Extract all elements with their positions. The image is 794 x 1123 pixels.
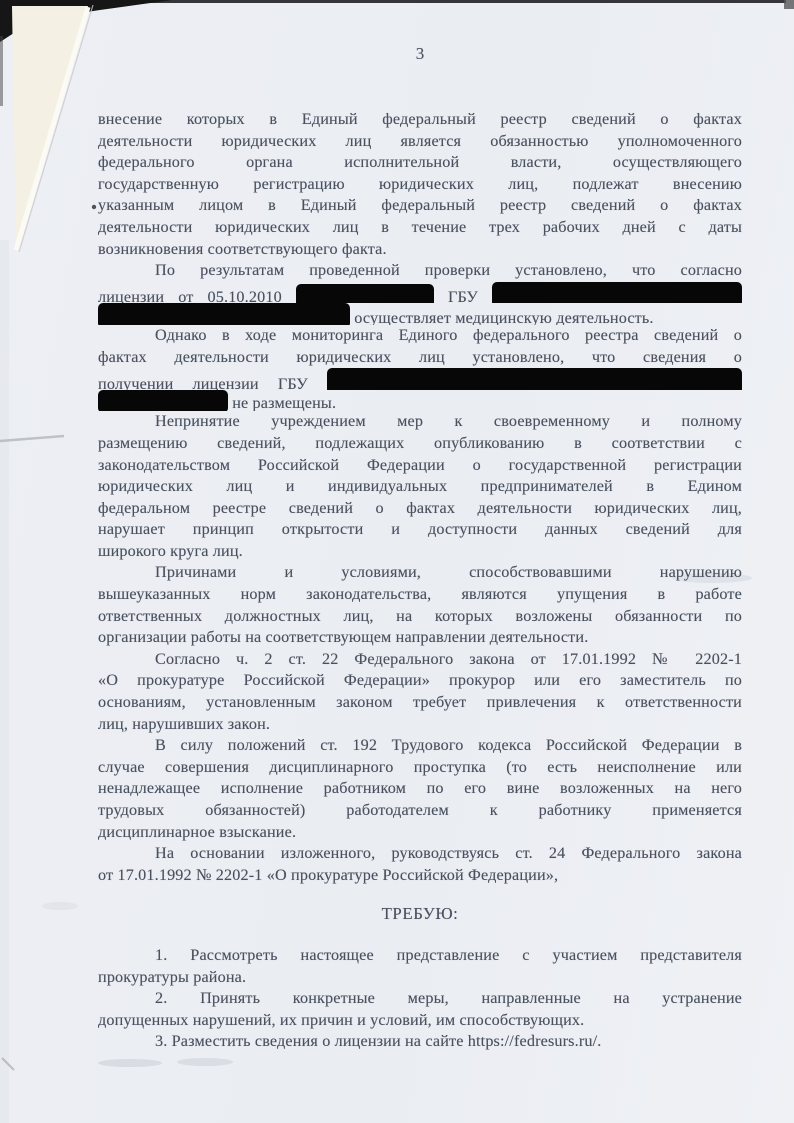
text-segment: 3. Разместить сведения о лицензии на сай… [155, 1032, 601, 1050]
text-line: возникновения соответствующего факта. [98, 239, 742, 261]
corner-mark [2, 1058, 14, 1070]
redaction-bar [492, 282, 742, 304]
text-segment: Согласно ч. 2 ст. 22 Федерального закона… [155, 650, 742, 668]
text-segment: В силу положений ст. 192 Трудового кодек… [155, 736, 742, 754]
text-segment: не размещены. [232, 394, 336, 412]
section-heading: ТРЕБУЮ: [98, 903, 742, 925]
text-line: лиц, нарушивших закон. [98, 714, 742, 736]
text-segment: юридических лиц и индивидуальных предпри… [98, 477, 742, 495]
text-line: Причинами и условиями, способствовавшими… [98, 562, 742, 584]
text-line: ответственных должностных лиц, на которы… [98, 606, 742, 628]
text-segment: допущенных нарушений, их причин и услови… [98, 1011, 584, 1029]
text-segment: внесение которых в Единый федеральный ре… [98, 110, 742, 128]
text-line: Согласно ч. 2 ст. 22 Федерального закона… [98, 649, 742, 671]
text-segment: широкого круга лиц. [98, 542, 243, 560]
text-segment: ГБУ [448, 288, 478, 304]
text-segment: На основании изложенного, руководствуясь… [155, 844, 742, 862]
text-line: 3. Разместить сведения о лицензии на сай… [98, 1031, 742, 1053]
top-edge-line [0, 0, 786, 3]
text-line: допущенных нарушений, их причин и услови… [98, 1010, 742, 1032]
ink-dot [92, 205, 96, 209]
text-line: организации работы на соответствующем на… [98, 627, 742, 649]
text-segment: федеральном реестре сведений о фактах де… [98, 499, 742, 517]
text-line: ненадлежащее исполнение работником по ег… [98, 778, 742, 800]
scanned-document-page: 3 внесение которых в Единый федеральный … [0, 0, 794, 1123]
text-line: размещению сведений, подлежащих опублико… [98, 433, 742, 455]
redaction-bar [98, 303, 350, 325]
text-segment: прокуратуры района. [98, 968, 246, 986]
paragraph: В силу положений ст. 192 Трудового кодек… [98, 735, 742, 843]
redaction-bar [327, 368, 742, 390]
text-line: получении лицензии ГБУ [98, 368, 742, 390]
text-segment: лицензии от 05.10.2010 [98, 288, 282, 304]
text-line: В силу положений ст. 192 Трудового кодек… [98, 735, 742, 757]
text-line: федеральном реестре сведений о фактах де… [98, 498, 742, 520]
redaction-bar [296, 284, 434, 304]
text-line: внесение которых в Единый федеральный ре… [98, 109, 742, 131]
smudge [177, 1058, 233, 1066]
paragraph: На основании изложенного, руководствуясь… [98, 843, 742, 886]
text-segment: деятельности юридических лиц является об… [98, 132, 742, 150]
paragraph: внесение которых в Единый федеральный ре… [98, 109, 742, 260]
text-segment: указанным лицом в Единый федеральный рее… [98, 196, 742, 214]
text-line: федерального органа исполнительной власт… [98, 152, 742, 174]
text-segment: 1. Рассмотреть настоящее представление с… [155, 946, 742, 964]
text-segment: государственную регистрацию юридических … [98, 175, 742, 193]
text-segment: фактах деятельности юридических лиц уста… [98, 348, 742, 366]
text-line: основаниям, установленным законом требуе… [98, 692, 742, 714]
text-line: широкого круга лиц. [98, 541, 742, 563]
text-line: 2. Принять конкретные меры, направленные… [98, 988, 742, 1010]
smudge [42, 902, 78, 910]
text-segment: ненадлежащее исполнение работником по ег… [98, 779, 742, 797]
page-edge-line [19, 5, 93, 252]
text-line: Непринятие учреждением мер к своевременн… [98, 411, 742, 433]
paragraph: Непринятие учреждением мер к своевременн… [98, 411, 742, 562]
text-line: 1. Рассмотреть настоящее представление с… [98, 945, 742, 967]
text-segment: нарушает принцип открытости и доступност… [98, 520, 742, 538]
text-line: нарушает принцип открытости и доступност… [98, 519, 742, 541]
list-item: 3. Разместить сведения о лицензии на сай… [98, 1031, 742, 1053]
text-line: «О прокуратуре Российской Федерации» про… [98, 670, 742, 692]
text-line: вышеуказанных норм законодательства, явл… [98, 584, 742, 606]
text-segment: получении лицензии ГБУ [98, 375, 308, 390]
stray-dash [0, 436, 64, 441]
page-edge-highlight [16, 7, 88, 250]
text-line: прокуратуры района. [98, 967, 742, 989]
text-segment: лиц, нарушивших закон. [98, 715, 270, 733]
text-segment: от 17.01.1992 № 2202-1 «О прокуратуре Ро… [98, 866, 558, 884]
top-right-notch [784, 0, 794, 9]
text-segment: По результатам проведенной проверки уста… [155, 261, 742, 279]
text-segment: Непринятие учреждением мер к своевременн… [155, 412, 742, 430]
text-line: юридических лиц и индивидуальных предпри… [98, 476, 742, 498]
text-line: деятельности юридических лиц в течение т… [98, 217, 742, 239]
text-segment: 2. Принять конкретные меры, направленные… [155, 989, 742, 1007]
list-item: 2. Принять конкретные меры, направленные… [98, 988, 742, 1031]
text-segment: «О прокуратуре Российской Федерации» про… [98, 671, 742, 689]
paragraph: Причинами и условиями, способствовавшими… [98, 562, 742, 648]
text-line: На основании изложенного, руководствуясь… [98, 843, 742, 865]
text-segment: законодательством Российской Федерации о… [98, 456, 742, 474]
text-segment: основаниям, установленным законом требуе… [98, 693, 742, 711]
text-segment: возникновения соответствующего факта. [98, 240, 387, 258]
text-line: трудовых обязанностей) работодателем к р… [98, 800, 742, 822]
paragraph: Согласно ч. 2 ст. 22 Федерального закона… [98, 649, 742, 735]
page-number: 3 [98, 44, 742, 64]
text-segment: трудовых обязанностей) работодателем к р… [98, 801, 742, 819]
text-line: дисциплинарное взыскание. [98, 822, 742, 844]
paragraph: По результатам проведенной проверки уста… [98, 260, 742, 325]
text-line: деятельности юридических лиц является об… [98, 131, 742, 153]
text-segment: дисциплинарное взыскание. [98, 823, 296, 841]
text-segment: ответственных должностных лиц, на которы… [98, 607, 742, 625]
text-line: Однако в ходе мониторинга Единого федера… [98, 325, 742, 347]
text-segment: федерального органа исполнительной власт… [98, 153, 742, 171]
text-segment: вышеуказанных норм законодательства, явл… [98, 585, 742, 603]
text-line: фактах деятельности юридических лиц уста… [98, 347, 742, 369]
text-line: лицензии от 05.10.2010 ГБУ [98, 282, 742, 304]
text-segment: случае совершения дисциплинарного просту… [98, 758, 742, 776]
text-segment: деятельности юридических лиц в течение т… [98, 218, 742, 236]
text-line: от 17.01.1992 № 2202-1 «О прокуратуре Ро… [98, 865, 742, 887]
underlay-sheet-corner [12, 6, 88, 250]
text-line: случае совершения дисциплинарного просту… [98, 757, 742, 779]
text-line: указанным лицом в Единый федеральный рее… [98, 195, 742, 217]
text-line: государственную регистрацию юридических … [98, 174, 742, 196]
document-body: внесение которых в Единый федеральный ре… [98, 109, 742, 1053]
text-segment: организации работы на соответствующем на… [98, 628, 588, 646]
text-segment: Однако в ходе мониторинга Единого федера… [155, 326, 742, 344]
smudge [98, 1059, 162, 1067]
corner-shadow [0, 0, 172, 42]
text-line: По результатам проведенной проверки уста… [98, 260, 742, 282]
text-segment: осуществляет медицинскую деятельность. [354, 309, 653, 325]
redaction-bar [98, 390, 228, 412]
list-item: 1. Рассмотреть настоящее представление с… [98, 945, 742, 988]
text-line: осуществляет медицинскую деятельность. [98, 303, 742, 325]
left-edge-shadow [0, 36, 3, 106]
left-margin-band [0, 240, 9, 1123]
text-line: не размещены. [98, 390, 742, 412]
text-line: законодательством Российской Федерации о… [98, 455, 742, 477]
paragraph: Однако в ходе мониторинга Единого федера… [98, 325, 742, 411]
text-segment: размещению сведений, подлежащих опублико… [98, 434, 742, 452]
text-segment: Причинами и условиями, способствовавшими… [155, 563, 742, 581]
